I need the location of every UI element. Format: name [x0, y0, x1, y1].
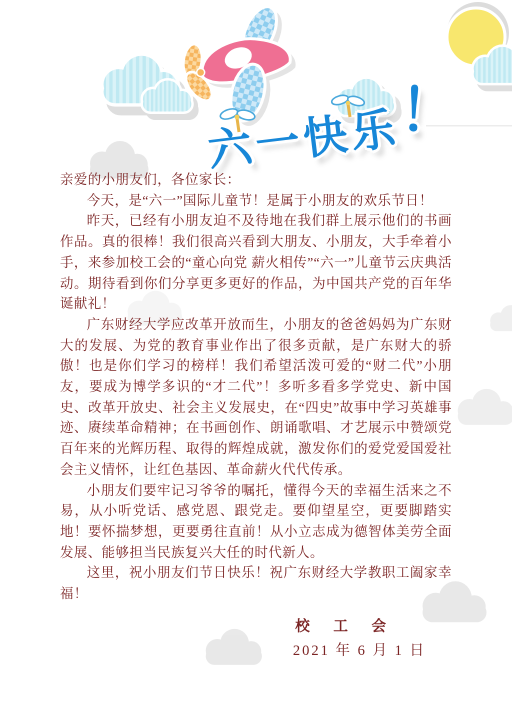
paragraph: 广东财经大学应改革开放而生，小朋友的爸爸妈妈为广东财大的发展、为党的教育事业作出…	[60, 315, 452, 481]
gray-cloud	[490, 305, 512, 331]
paragraph: 今天，是“六一”国际儿童节！是属于小朋友的欢乐节日！	[60, 191, 452, 212]
paragraph: 小朋友们要牢记习爷爷的嘱托，懂得今天的幸福生活来之不易，从小听党话、感党恩、跟党…	[60, 481, 452, 564]
signature-block: 校 工 会 2021 年 6 月 1 日	[60, 617, 452, 662]
paragraph: 昨天，已经有小朋友迫不及待地在我们群上展示他们的书画作品。真的很棒！我们很高兴看…	[60, 211, 452, 315]
letter-date: 2021 年 6 月 1 日	[60, 641, 452, 662]
letter-page: 六一快乐！ 亲爱的小朋友们，各位家长： 今天，是“六一”国际儿童节！是属于小朋友…	[0, 0, 512, 724]
gray-cloud	[458, 389, 512, 425]
title-exclamation: ！	[398, 63, 459, 149]
letter-body: 亲爱的小朋友们，各位家长： 今天，是“六一”国际儿童节！是属于小朋友的欢乐节日！…	[60, 170, 452, 662]
paragraph: 这里，祝小朋友们节日快乐！祝广东财经大学教职工阖家幸福！	[60, 563, 452, 604]
salutation: 亲爱的小朋友们，各位家长：	[60, 170, 452, 191]
signature: 校 工 会	[60, 617, 452, 638]
